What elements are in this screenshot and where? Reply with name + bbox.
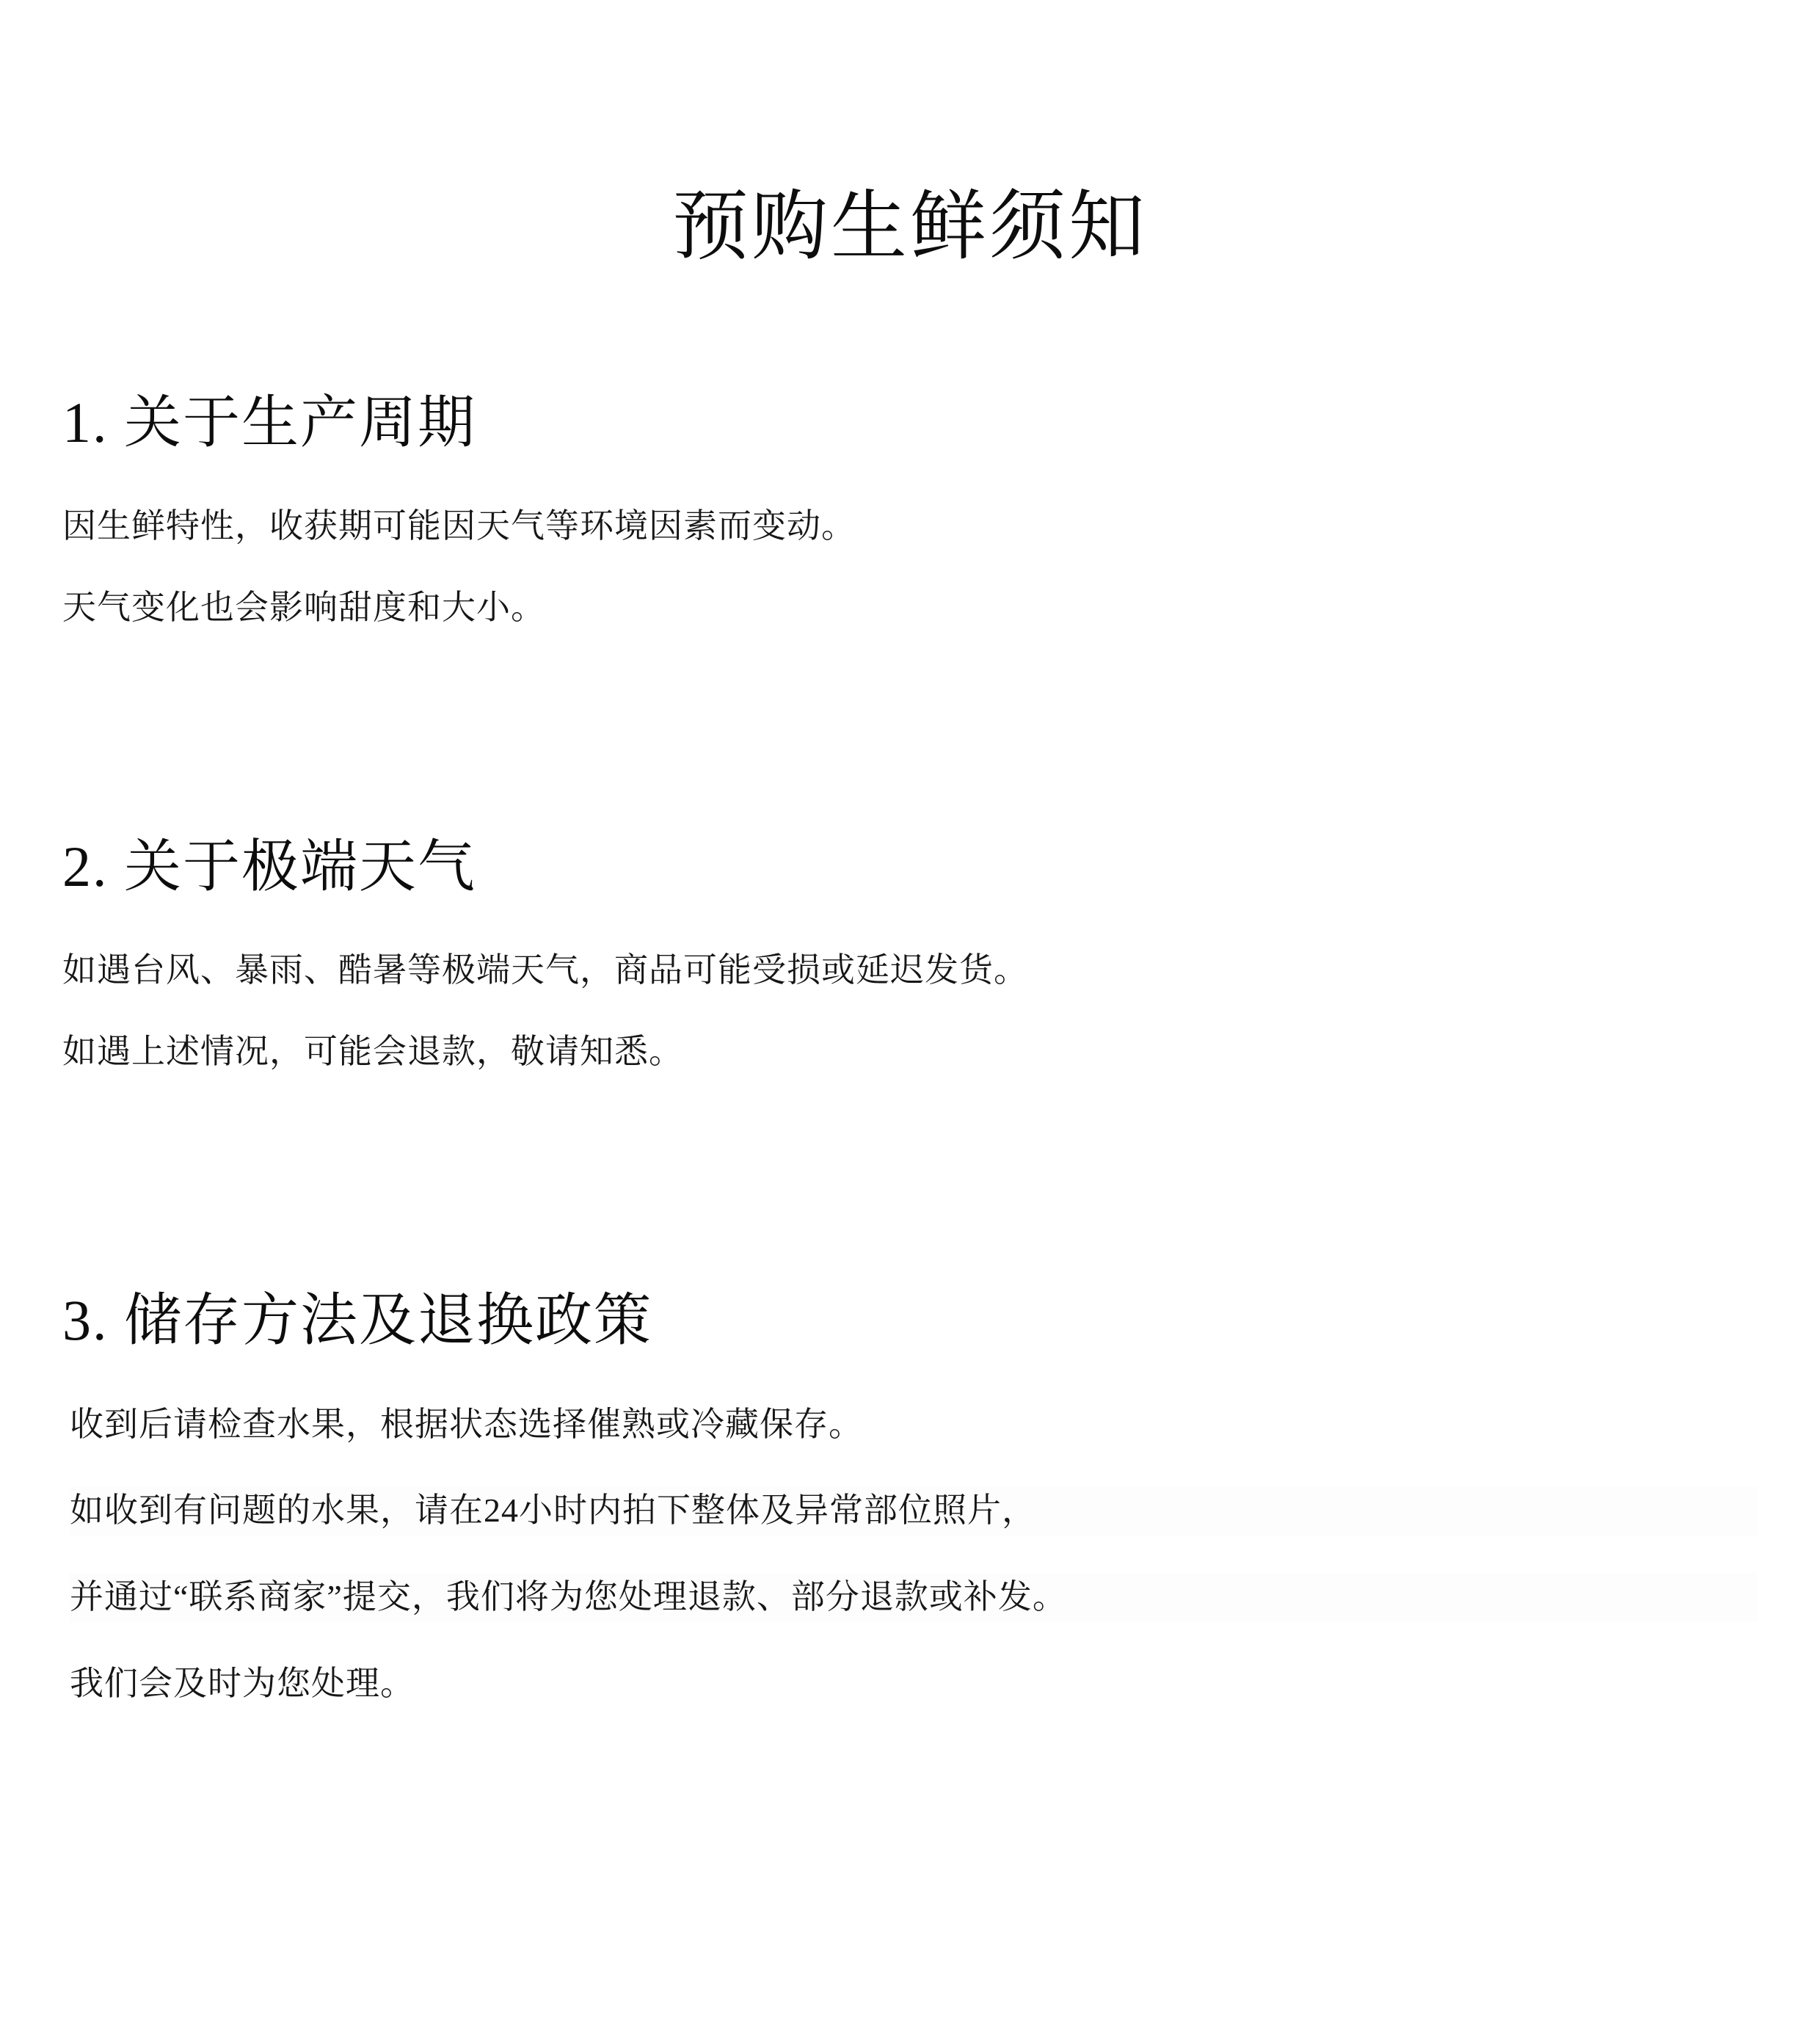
paragraph: 并通过“联系商家”提交，我们将为您处理退款、部分退款或补发。 (70, 1573, 1758, 1622)
paragraph: 天气变化也会影响甜度和大小。 (62, 584, 1758, 633)
paragraph: 收到后请检查水果，根据状态选择催熟或冷藏保存。 (70, 1400, 1758, 1450)
section-production-cycle: 1. 关于生产周期 因生鲜特性，收获期可能因天气等环境因素而变动。 天气变化也会… (62, 385, 1758, 633)
paragraph: 因生鲜特性，收获期可能因天气等环境因素而变动。 (62, 502, 1758, 551)
paragraph: 如收到有问题的水果，请在24小时内拍下整体及异常部位照片， (70, 1486, 1758, 1536)
section-heading: 3. 储存方法及退换政策 (62, 1283, 1758, 1357)
section-heading: 2. 关于极端天气 (62, 829, 1758, 904)
paragraph: 如遇台风、暴雨、酷暑等极端天气，商品可能受损或延迟发货。 (62, 946, 1758, 995)
paragraph: 我们会及时为您处理。 (70, 1660, 1758, 1709)
paragraph: 如遇上述情况，可能会退款，敬请知悉。 (62, 1028, 1758, 1077)
section-extreme-weather: 2. 关于极端天气 如遇台风、暴雨、酷暑等极端天气，商品可能受损或延迟发货。 如… (62, 829, 1758, 1077)
section-heading: 1. 关于生产周期 (62, 385, 1758, 459)
section-storage-returns: 3. 储存方法及退换政策 收到后请检查水果，根据状态选择催熟或冷藏保存。 如收到… (62, 1283, 1758, 1708)
page-title: 预购生鲜须知 (62, 182, 1758, 274)
document-page: 预购生鲜须知 1. 关于生产周期 因生鲜特性，收获期可能因天气等环境因素而变动。… (0, 182, 1820, 2017)
